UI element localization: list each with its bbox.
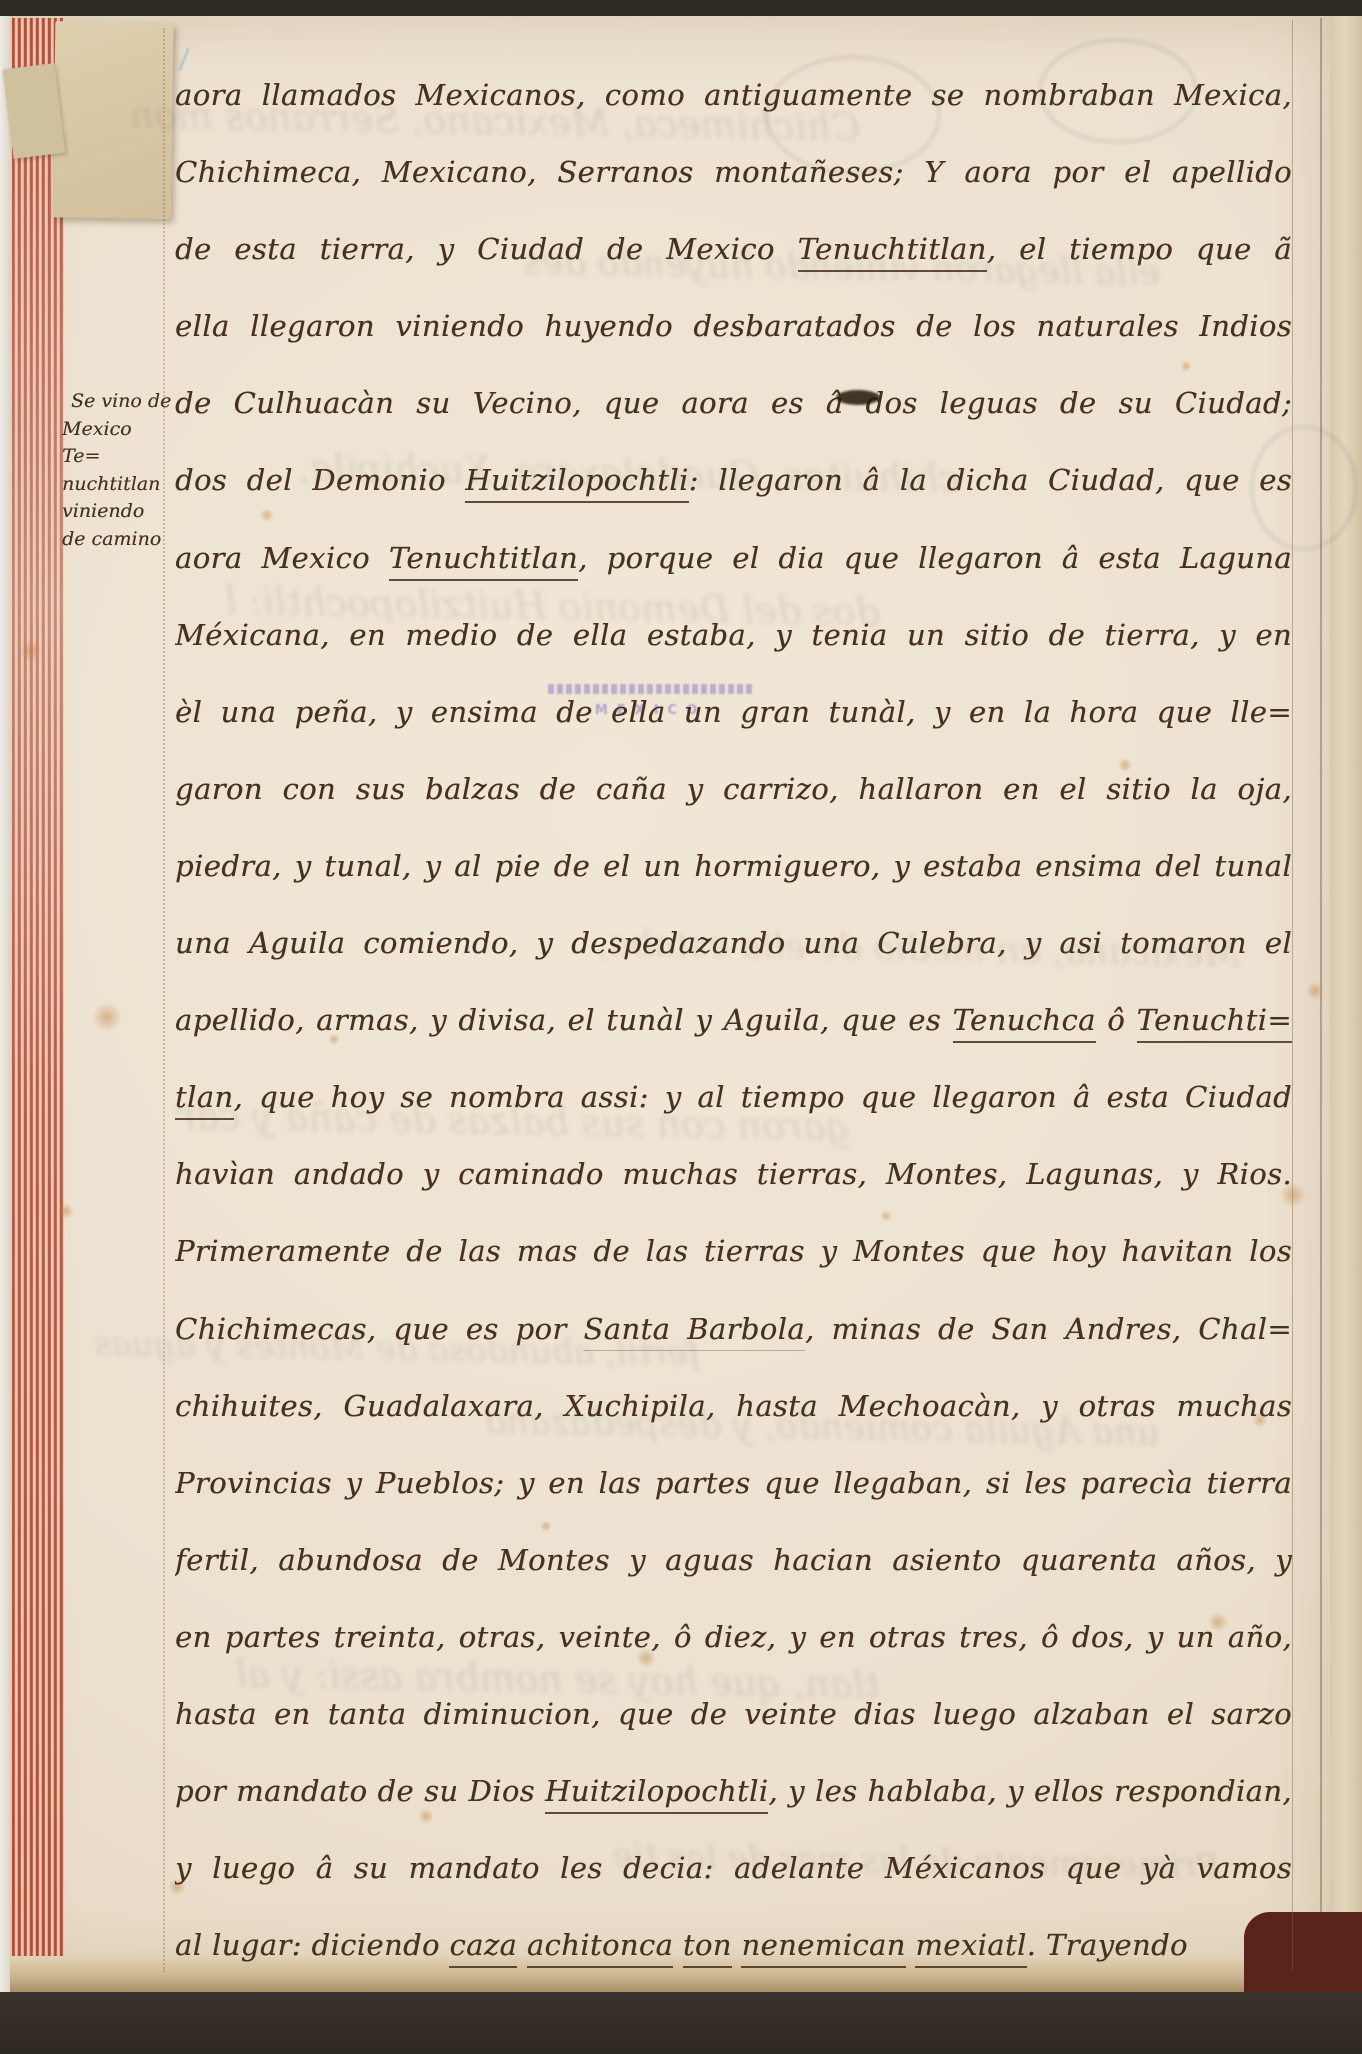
text-segment: aora llamados Mexicanos, como antiguamen… bbox=[175, 78, 1292, 112]
bookmark-tab-small bbox=[3, 63, 66, 159]
text-segment: en partes treinta, otras, veinte, ô diez… bbox=[175, 1620, 1292, 1654]
manuscript-line: y luego â su mandato les decia: adelante… bbox=[175, 1830, 1292, 1907]
manuscript-scan: Chichimeca, Mexicano, Serranos monella l… bbox=[0, 0, 1362, 2054]
manuscript-line: havìan andado y caminado muchas tierras,… bbox=[175, 1136, 1292, 1213]
underlined-word: Tenuchti= bbox=[1137, 1003, 1292, 1043]
text-segment: Provincias y Pueblos; y en las partes qu… bbox=[175, 1466, 1292, 1500]
text-segment: hasta en tanta diminucion, que de veinte… bbox=[175, 1697, 1292, 1731]
manuscript-line: fertil, abundosa de Montes y aguas hacia… bbox=[175, 1522, 1292, 1599]
margin-note: Se vino deMexico Te=nuchtitlanviniendode… bbox=[62, 388, 174, 553]
underlined-word: Tenuchca bbox=[953, 1003, 1096, 1043]
underlined-word: Tenuchtitlan bbox=[389, 541, 578, 581]
text-segment: ella llegaron viniendo huyendo desbarata… bbox=[175, 309, 1292, 343]
text-segment: garon con sus balzas de caña y carrizo, … bbox=[175, 772, 1292, 806]
text-segment: fertil, abundosa de Montes y aguas hacia… bbox=[175, 1543, 1292, 1577]
text-segment: Méxicana, en medio de ella estaba, y ten… bbox=[175, 618, 1292, 652]
text-segment: . Trayendo bbox=[1027, 1928, 1188, 1962]
underlined-word: mexiatl bbox=[915, 1928, 1026, 1968]
text-segment: y luego â su mandato les decia: adelante… bbox=[175, 1851, 1292, 1907]
manuscript-line: Provincias y Pueblos; y en las partes qu… bbox=[175, 1445, 1292, 1522]
text-segment: ô bbox=[1096, 1003, 1137, 1037]
text-segment: de Culhuacàn su Vecino, que aora es â do… bbox=[175, 386, 1292, 442]
manuscript-line: en partes treinta, otras, veinte, ô diez… bbox=[175, 1599, 1292, 1676]
text-segment: havìan andado y caminado muchas tierras,… bbox=[175, 1157, 1292, 1191]
margin-note-line: nuchtitlan bbox=[62, 471, 174, 499]
manuscript-line: Primeramente de las mas de las tierras y… bbox=[175, 1213, 1292, 1290]
margin-note-line: de camino bbox=[62, 526, 174, 554]
text-segment: , minas de San Andres, Chal= bbox=[805, 1312, 1292, 1346]
manuscript-line: chihuites, Guadalaxara, Xuchipila, hasta… bbox=[175, 1368, 1292, 1445]
text-segment: por mandato de su Dios bbox=[175, 1774, 545, 1808]
manuscript-line: una Aguila comiendo, y despedazando una … bbox=[175, 905, 1292, 982]
text-segment: al lugar: diciendo bbox=[175, 1928, 449, 1962]
manuscript-line: Méxicana, en medio de ella estaba, y ten… bbox=[175, 597, 1292, 674]
text-segment: chihuites, Guadalaxara, Xuchipila, hasta… bbox=[175, 1389, 1292, 1423]
manuscript-line: aora Mexico Tenuchtitlan, porque el dia … bbox=[175, 520, 1292, 597]
bookmark-tab bbox=[53, 21, 174, 219]
text-segment: Primeramente de las mas de las tierras y… bbox=[175, 1234, 1292, 1268]
right-margin-rule bbox=[1292, 20, 1293, 1970]
manuscript-line: al lugar: diciendo caza achitonca ton ne… bbox=[175, 1907, 1292, 1984]
ink-blot bbox=[836, 390, 880, 405]
text-segment: apellido, armas, y divisa, el tunàl y Ag… bbox=[175, 1003, 953, 1037]
underlined-word: Huitzilopochtli bbox=[465, 463, 688, 503]
text-segment: dos del Demonio bbox=[175, 463, 465, 497]
text-segment: Chichimeca, Mexicano, Serranos montañese… bbox=[175, 155, 1292, 189]
table-surface-bottom bbox=[0, 1992, 1362, 2054]
page-right-crease bbox=[1320, 18, 1322, 1968]
manuscript-line: èl una peña, y ensima de ella un gran tu… bbox=[175, 674, 1292, 751]
text-segment: , el tiempo que ã bbox=[987, 232, 1292, 266]
left-margin-rule bbox=[163, 28, 165, 1972]
text-segment bbox=[906, 1928, 916, 1962]
underlined-word: Tenuchtitlan bbox=[798, 232, 987, 272]
underlined-word: Santa Barbola bbox=[583, 1312, 805, 1351]
text-segment: : llegaron â la dicha Ciudad, que es bbox=[689, 463, 1292, 497]
table-surface-top bbox=[0, 0, 1362, 16]
manuscript-line: tlan, que hoy se nombra assi: y al tiemp… bbox=[175, 1059, 1292, 1136]
page-stack-right-edge bbox=[1330, 14, 1362, 1974]
manuscript-text-block: aora llamados Mexicanos, como antiguamen… bbox=[175, 57, 1292, 1984]
manuscript-line: hasta en tanta diminucion, que de veinte… bbox=[175, 1676, 1292, 1753]
book-fore-edge bbox=[12, 18, 64, 1974]
text-segment bbox=[517, 1928, 527, 1962]
manuscript-line: ella llegaron viniendo huyendo desbarata… bbox=[175, 288, 1292, 365]
manuscript-line: de esta tierra, y Ciudad de Mexico Tenuc… bbox=[175, 211, 1292, 288]
underlined-word: ton bbox=[683, 1928, 732, 1968]
text-segment: Chichimecas, que es por bbox=[175, 1312, 583, 1346]
manuscript-line: garon con sus balzas de caña y carrizo, … bbox=[175, 751, 1292, 828]
manuscript-line: por mandato de su Dios Huitzilopochtli, … bbox=[175, 1753, 1292, 1830]
underlined-word: tlan bbox=[175, 1080, 234, 1120]
text-segment: , que hoy se nombra assi: y al tiempo qu… bbox=[234, 1080, 1293, 1114]
text-segment bbox=[673, 1928, 683, 1962]
text-segment: piedra, y tunal, y al pie de el un hormi… bbox=[175, 849, 1292, 883]
text-segment: , y les hablaba, y ellos respondian, bbox=[768, 1774, 1292, 1808]
text-segment: de esta tierra, y Ciudad de Mexico bbox=[175, 232, 798, 266]
text-segment: aora Mexico bbox=[175, 541, 389, 575]
manuscript-line: de Culhuacàn su Vecino, que aora es â do… bbox=[175, 365, 1292, 442]
margin-note-line: viniendo bbox=[62, 498, 174, 526]
text-segment: , porque el dia que llegaron â esta Lagu… bbox=[578, 541, 1292, 575]
manuscript-line: piedra, y tunal, y al pie de el un hormi… bbox=[175, 828, 1292, 905]
underlined-word: nenemican bbox=[741, 1928, 905, 1968]
underlined-word: achitonca bbox=[527, 1928, 673, 1968]
text-segment: èl una peña, y ensima de ella un gran tu… bbox=[175, 695, 1292, 729]
margin-note-line: Mexico Te= bbox=[62, 416, 174, 471]
manuscript-line: Chichimeca, Mexicano, Serranos montañese… bbox=[175, 134, 1292, 211]
text-segment: una Aguila comiendo, y despedazando una … bbox=[175, 926, 1292, 960]
margin-note-line: Se vino de bbox=[62, 388, 174, 416]
manuscript-line: apellido, armas, y divisa, el tunàl y Ag… bbox=[175, 982, 1292, 1059]
underlined-word: caza bbox=[449, 1928, 517, 1968]
manuscript-line: dos del Demonio Huitzilopochtli: llegaro… bbox=[175, 442, 1292, 519]
manuscript-line: aora llamados Mexicanos, como antiguamen… bbox=[175, 57, 1292, 134]
manuscript-line: Chichimecas, que es por Santa Barbola, m… bbox=[175, 1291, 1292, 1368]
underlined-word: Huitzilopochtli bbox=[545, 1774, 768, 1814]
